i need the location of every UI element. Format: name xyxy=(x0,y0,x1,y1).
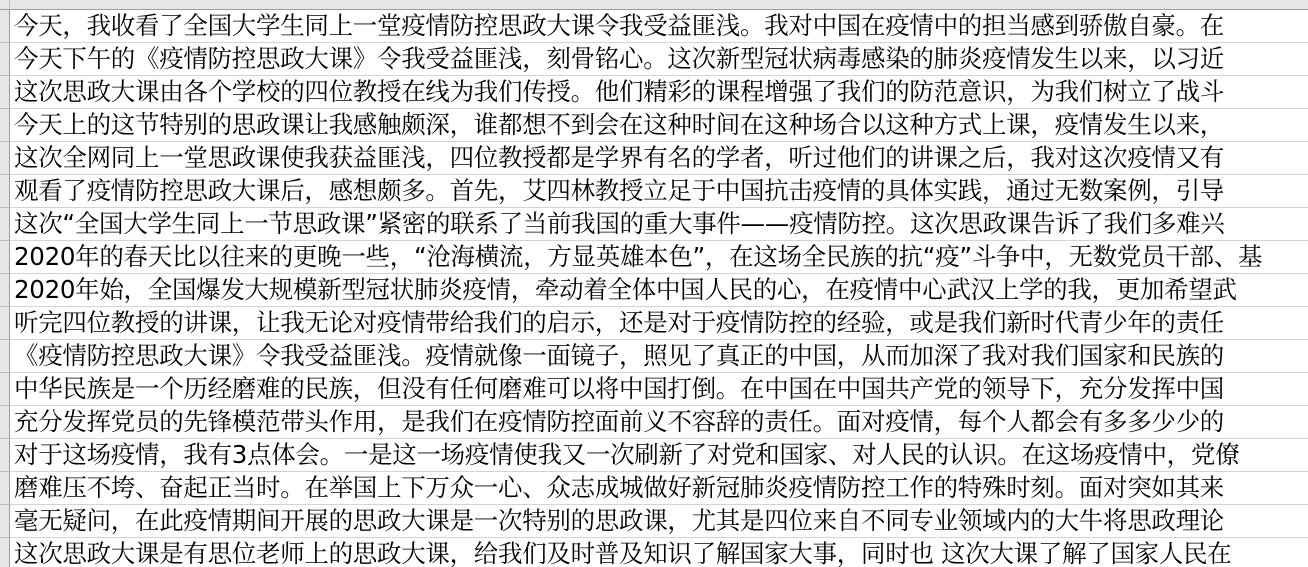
table-cell[interactable]: 这次“全国大学生同上一节思政课”紧密的联系了当前我国的重大事件——疫情防控。这次… xyxy=(10,208,1308,241)
row-header[interactable] xyxy=(0,142,10,175)
row-header[interactable] xyxy=(0,472,10,505)
table-cell[interactable]: 《疫情防控思政大课》令我受益匪浅。疫情就像一面镜子，照见了真正的中国，从而加深了… xyxy=(10,340,1308,373)
table-cell[interactable]: 这次全网同上一堂思政课使我获益匪浅，四位教授都是学界有名的学者，听过他们的讲课之… xyxy=(10,142,1308,175)
row-header[interactable] xyxy=(0,439,10,472)
table-cell[interactable]: 今天下午的《疫情防控思政大课》令我受益匪浅，刻骨铭心。这次新型冠状病毒感染的肺炎… xyxy=(10,43,1308,76)
spreadsheet: 今天，我收看了全国大学生同上一堂疫情防控思政大课令我受益匪浅。我对中国在疫情中的… xyxy=(0,0,1308,567)
table-cell[interactable]: 中华民族是一个历经磨难的民族，但没有任何磨难可以将中国打倒。在中国在中国共产党的… xyxy=(10,373,1308,406)
column-header-a[interactable] xyxy=(10,0,1308,10)
table-cell[interactable]: 今天上的这节特别的思政课让我感触颇深，谁都想不到会在这种时间在这种场合以这种方式… xyxy=(10,109,1308,142)
table-cell[interactable]: 2020年始，全国爆发大规模新型冠状肺炎疫情，牵动着全体中国人民的心，在疫情中心… xyxy=(10,274,1308,307)
row-headers xyxy=(0,10,10,567)
row-header[interactable] xyxy=(0,307,10,340)
row-header[interactable] xyxy=(0,10,10,43)
row-header[interactable] xyxy=(0,208,10,241)
row-header[interactable] xyxy=(0,538,10,567)
table-cell[interactable]: 充分发挥党员的先锋模范带头作用，是我们在疫情防控面前义不容辞的责任。面对疫情，每… xyxy=(10,406,1308,439)
table-cell[interactable]: 磨难压不垮、奋起正当时。在举国上下万众一心、众志成城做好新冠肺炎疫情防控工作的特… xyxy=(10,472,1308,505)
row-header[interactable] xyxy=(0,274,10,307)
table-cell[interactable]: 观看了疫情防控思政大课后，感想颇多。首先，艾四林教授立足于中国抗击疫情的具体实践… xyxy=(10,175,1308,208)
table-cell[interactable]: 这次思政大课是有思位老师上的思政大课，给我们及时普及知识了解国家大事，同时也 这… xyxy=(10,538,1308,567)
row-header[interactable] xyxy=(0,43,10,76)
table-cell[interactable]: 听完四位教授的讲课，让我无论对疫情带给我们的启示，还是对于疫情防控的经验，或是我… xyxy=(10,307,1308,340)
row-header[interactable] xyxy=(0,406,10,439)
row-header[interactable] xyxy=(0,373,10,406)
table-cell[interactable]: 2020年的春天比以往来的更晚一些，“沧海横流，方显英雄本色”，在这场全民族的抗… xyxy=(10,241,1308,274)
row-header[interactable] xyxy=(0,109,10,142)
table-cell[interactable]: 对于这场疫情，我有3点体会。一是这一场疫情使我又一次刷新了对党和国家、对人民的认… xyxy=(10,439,1308,472)
row-header[interactable] xyxy=(0,76,10,109)
cell-grid: 今天，我收看了全国大学生同上一堂疫情防控思政大课令我受益匪浅。我对中国在疫情中的… xyxy=(10,10,1308,567)
select-all-corner[interactable] xyxy=(0,0,10,10)
row-header[interactable] xyxy=(0,175,10,208)
row-header[interactable] xyxy=(0,340,10,373)
table-cell[interactable]: 这次思政大课由各个学校的四位教授在线为我们传授。他们精彩的课程增强了我们的防范意… xyxy=(10,76,1308,109)
row-header[interactable] xyxy=(0,241,10,274)
table-cell[interactable]: 今天，我收看了全国大学生同上一堂疫情防控思政大课令我受益匪浅。我对中国在疫情中的… xyxy=(10,10,1308,43)
table-cell[interactable]: 毫无疑问，在此疫情期间开展的思政大课是一次特别的思政课，尤其是四位来自不同专业领… xyxy=(10,505,1308,538)
row-header[interactable] xyxy=(0,505,10,538)
